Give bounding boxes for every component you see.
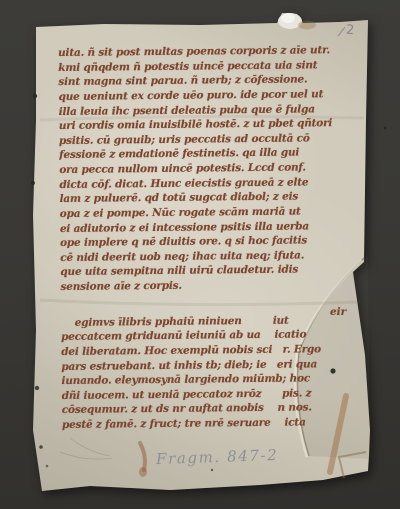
manuscript-text-block: uita. ñ sit post multas poenas corporis … [58,43,362,433]
text-line: sensione aīe z corpis. [60,277,360,295]
photo-backdrop: uita. ñ sit post multas poenas corporis … [0,0,400,509]
manuscript-paragraph-2: egimvs īlibris pphaiū niniuen iut peccat… [61,312,362,432]
crease-text-fragment: eir [330,305,346,319]
manuscript-paragraph-1: uita. ñ sit post multas poenas corporis … [58,43,361,295]
folio-number-pencil: 2 [345,23,355,39]
